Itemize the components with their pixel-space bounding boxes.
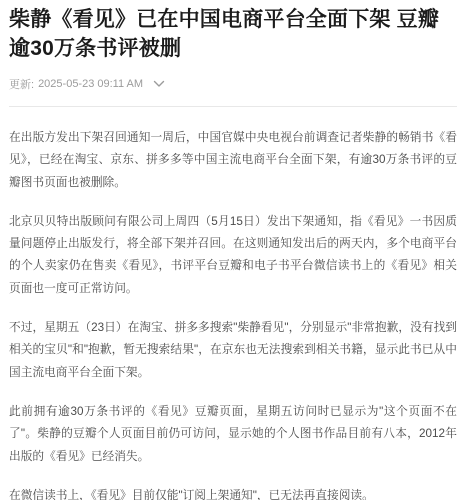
article-paragraph: 在出版方发出下架召回通知一周后，中国官媒中央电视台前调查记者柴静的畅销书《看见》… xyxy=(9,127,457,194)
updated-time: 2025-05-23 09:11 AM xyxy=(38,78,143,90)
page-title: 柴静《看见》已在中国电商平台全面下架 豆瓣逾30万条书评被删 xyxy=(9,5,457,63)
news-article: 柴静《看见》已在中国电商平台全面下架 豆瓣逾30万条书评被删 更新: 2025-… xyxy=(0,0,466,500)
chevron-down-icon[interactable] xyxy=(153,80,165,88)
updated-label: 更新: xyxy=(9,76,34,92)
article-paragraph: 此前拥有逾30万条书评的《看见》豆瓣页面，星期五访问时已显示为"这个页面不在了"… xyxy=(9,401,457,468)
article-page: { "page": { "background_color": "#ffffff… xyxy=(0,0,466,500)
article-meta: 更新: 2025-05-23 09:11 AM xyxy=(9,76,457,92)
article-paragraph: 在微信读书上，《看见》目前仅能"订阅上架通知"，已无法再直接阅读。 xyxy=(9,485,457,500)
article-paragraph: 不过，星期五（23日）在淘宝、拼多多搜索"柴静看见"，分别显示"非常抱歉，没有找… xyxy=(9,317,457,384)
article-paragraph: 北京贝贝特出版顾问有限公司上周四（5月15日）发出下架通知，指《看见》一书因质量… xyxy=(9,211,457,300)
article-body: 在出版方发出下架召回通知一周后，中国官媒中央电视台前调查记者柴静的畅销书《看见》… xyxy=(9,107,457,500)
